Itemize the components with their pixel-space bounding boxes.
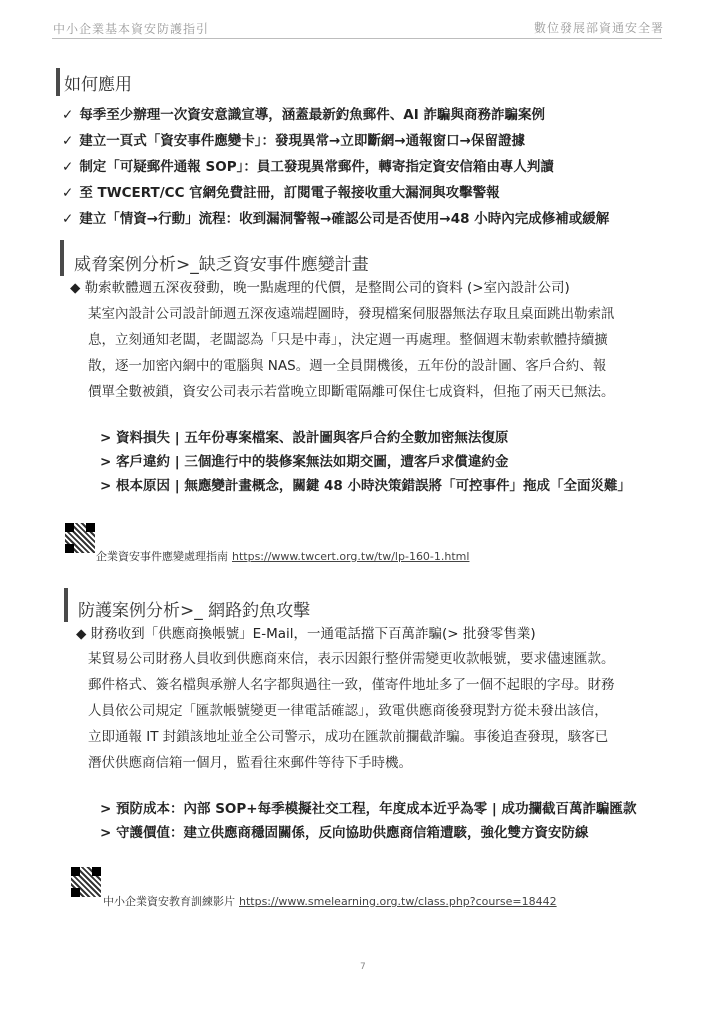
apply-item: ✓制定「可疑郵件通報 SOP」：員工發現異常郵件，轉寄指定資安信箱由專人判讀 [62,155,554,175]
qr-code-icon[interactable] [70,866,102,898]
check-icon: ✓ [62,107,73,123]
check-icon: ✓ [62,185,73,201]
check-icon: ✓ [62,133,73,149]
threat-impact-item: > 客戶違約 | 三個進行中的裝修案無法如期交圖，遭客戶求償違約金 [100,450,508,470]
reference-url-link[interactable]: https://www.twcert.org.tw/tw/lp-160-1.ht… [232,550,469,563]
header-divider [52,38,662,39]
section-title-apply: 如何應用 [64,70,132,95]
reference-link-row: 企業資安事件應變處理指南https://www.twcert.org.tw/tw… [96,548,469,564]
section-marker-bar [56,68,60,96]
apply-item: ✓每季至少辦理一次資安意識宣導，涵蓋最新釣魚郵件、AI 詐騙與商務詐騙案例 [62,103,545,123]
reference-label: 企業資安事件應變處理指南 [96,550,228,563]
section-title-defense: 防護案例分析>_ 網路釣魚攻擊 [78,596,310,621]
check-icon: ✓ [62,159,73,175]
threat-impact-item: > 資料損失 | 五年份專案檔案、設計圖與客戶合約全數加密無法復原 [100,426,508,446]
threat-case-headline: ◆ 勒索軟體週五深夜發動，晚一點處理的代價，是整間公司的資料 (>室內設計公司) [70,276,570,296]
defense-case-paragraph: 某貿易公司財務人員收到供應商來信，表示因銀行整併需變更收款帳號，要求儘速匯款。 … [88,646,663,776]
threat-case-paragraph: 某室內設計公司設計師週五深夜遠端趕圖時，發現檔案伺服器無法存取且桌面跳出勒索訊 … [88,301,663,405]
apply-item: ✓建立一頁式「資安事件應變卡」：發現異常→立即斷網→通報窗口→保留證據 [62,129,525,149]
section-marker-bar [60,240,64,276]
document-header-title: 中小企業基本資安防護指引 [53,20,209,37]
check-icon: ✓ [62,211,73,227]
threat-impact-item: > 根本原因 | 無應變計畫概念，關鍵 48 小時決策錯誤將「可控事件」拖成「全… [100,474,631,494]
section-title-threat: 威脅案例分析>_缺乏資安事件應變計畫 [74,250,369,275]
qr-code-icon[interactable] [64,522,96,554]
reference-label: 中小企業資安教育訓練影片 [103,895,235,908]
defense-impact-item: > 守護價值：建立供應商穩固關係，反向協助供應商信箱遭駭，強化雙方資安防線 [100,821,589,841]
page-number: 7 [360,962,366,972]
defense-impact-item: > 預防成本：內部 SOP+每季模擬社交工程，年度成本近乎為零 | 成功攔截百萬… [100,797,636,817]
defense-case-headline: ◆ 財務收到「供應商換帳號」E-Mail，一通電話擋下百萬詐騙(> 批發零售業) [76,622,536,642]
reference-link-row: 中小企業資安教育訓練影片https://www.smelearning.org.… [103,893,557,909]
apply-item: ✓至 TWCERT/CC 官網免費註冊，訂閱電子報接收重大漏洞與攻擊警報 [62,181,500,201]
apply-item: ✓建立「情資→行動」流程：收到漏洞警報→確認公司是否使用→48 小時內完成修補或… [62,207,609,227]
section-marker-bar [64,588,68,622]
reference-url-link[interactable]: https://www.smelearning.org.tw/class.php… [239,895,557,908]
document-header-agency: 數位發展部資通安全署 [534,19,664,36]
